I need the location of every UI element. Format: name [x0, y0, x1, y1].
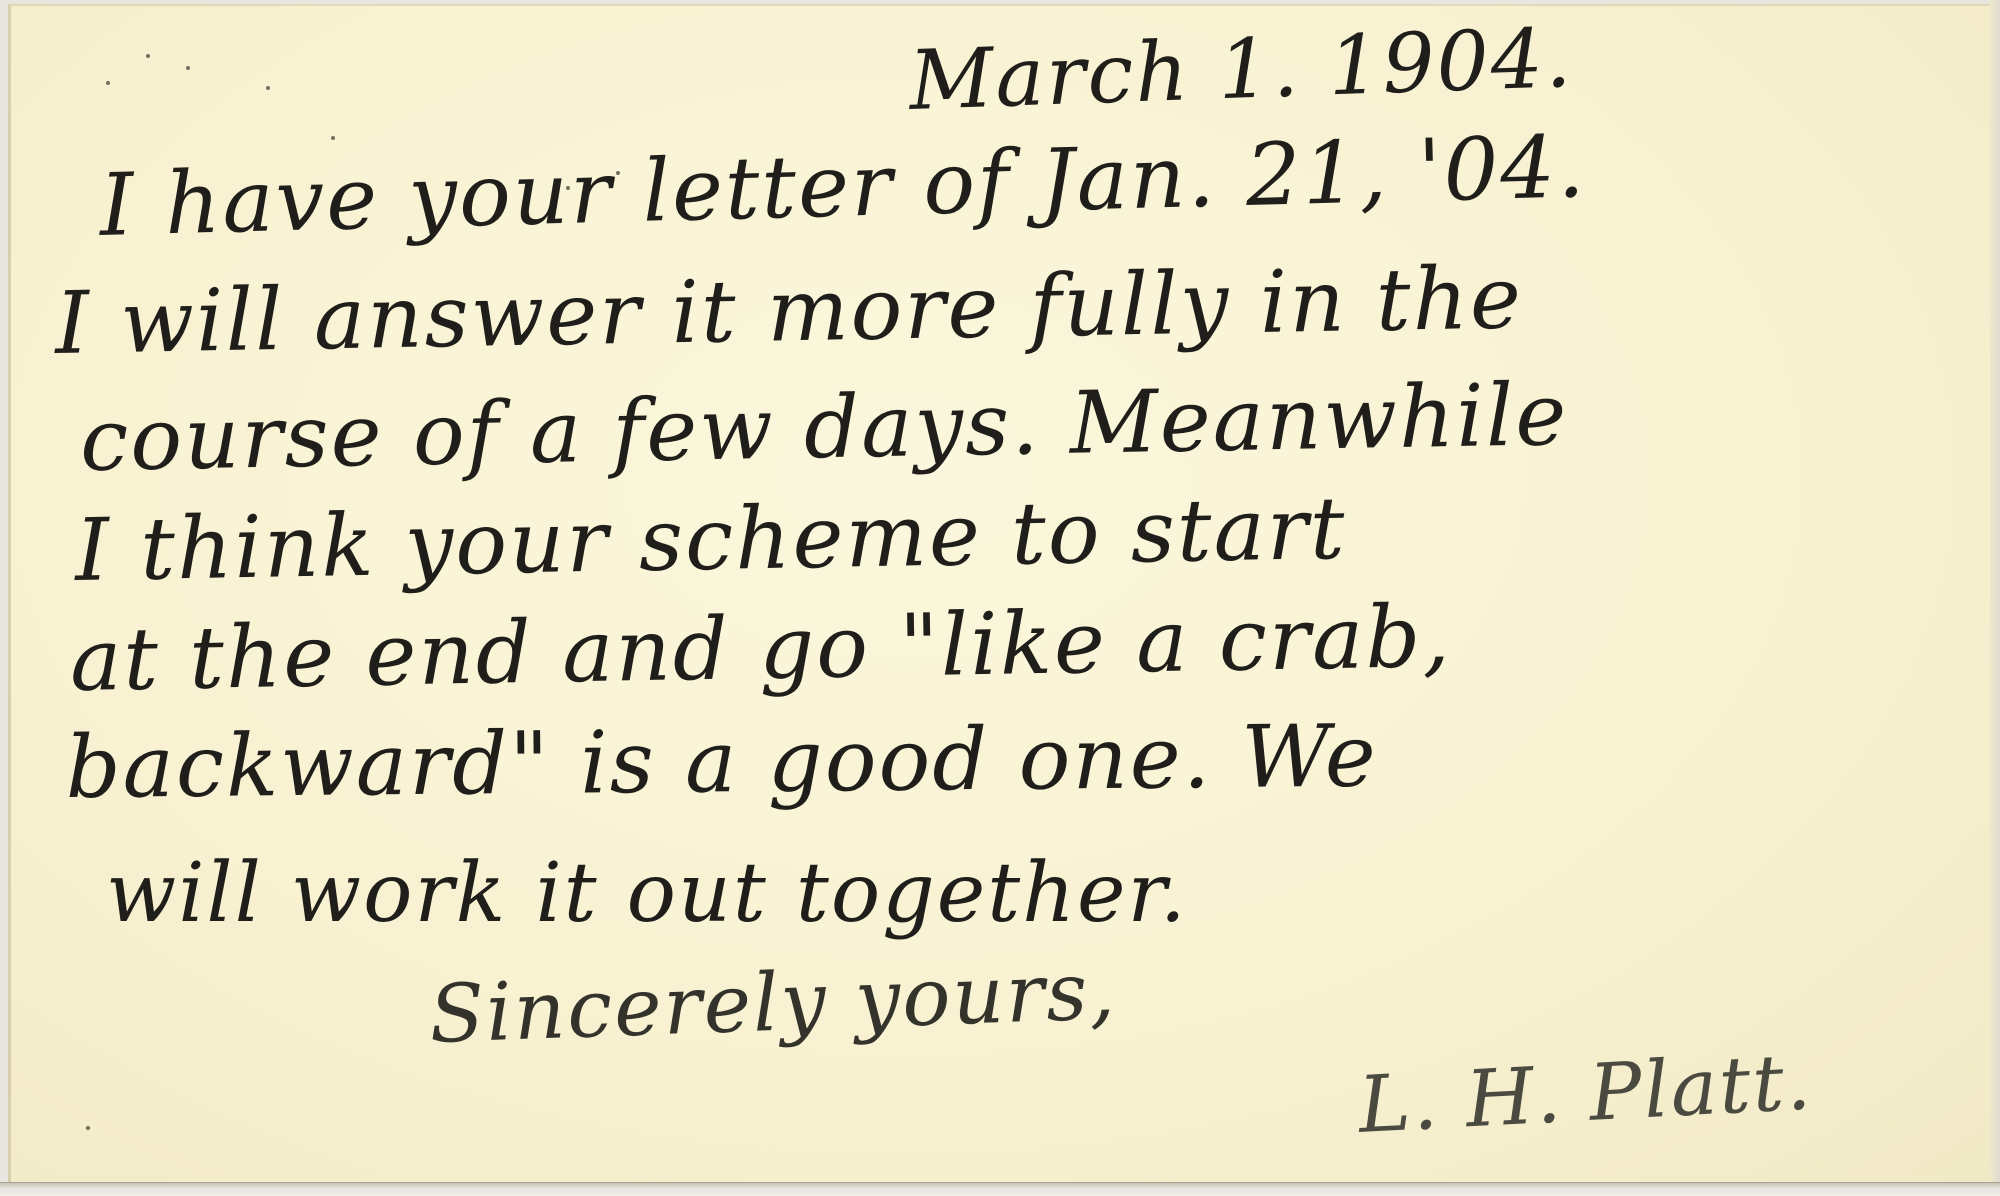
body-line-5: at the end and go "like a crab,: [69, 587, 1452, 711]
letter-date: March 1. 1904.: [908, 11, 1575, 129]
body-line-4: I think your scheme to start: [74, 479, 1347, 601]
letter-signature: L. H. Platt.: [1356, 1037, 1815, 1151]
letter-closing: Sincerely yours,: [428, 944, 1118, 1061]
body-line-1: I have your letter of Jan. 21, '04.: [98, 117, 1587, 256]
card-right-edge: [1990, 0, 2000, 1182]
ink-speck: [146, 54, 150, 58]
card-bottom-edge: [0, 1182, 2000, 1195]
ink-speck: [86, 1126, 90, 1130]
ink-speck: [266, 86, 270, 90]
ink-speck: [106, 81, 110, 85]
ink-speck: [331, 136, 335, 140]
body-line-7: will work it out together.: [106, 846, 1188, 941]
postcard: March 1. 1904. I have your letter of Jan…: [8, 4, 1998, 1182]
body-line-3: course of a few days. Meanwhile: [79, 365, 1569, 491]
ink-speck: [186, 66, 190, 70]
body-line-2: I will answer it more fully in the: [54, 248, 1523, 374]
body-line-6: backward" is a good one. We: [65, 707, 1378, 818]
